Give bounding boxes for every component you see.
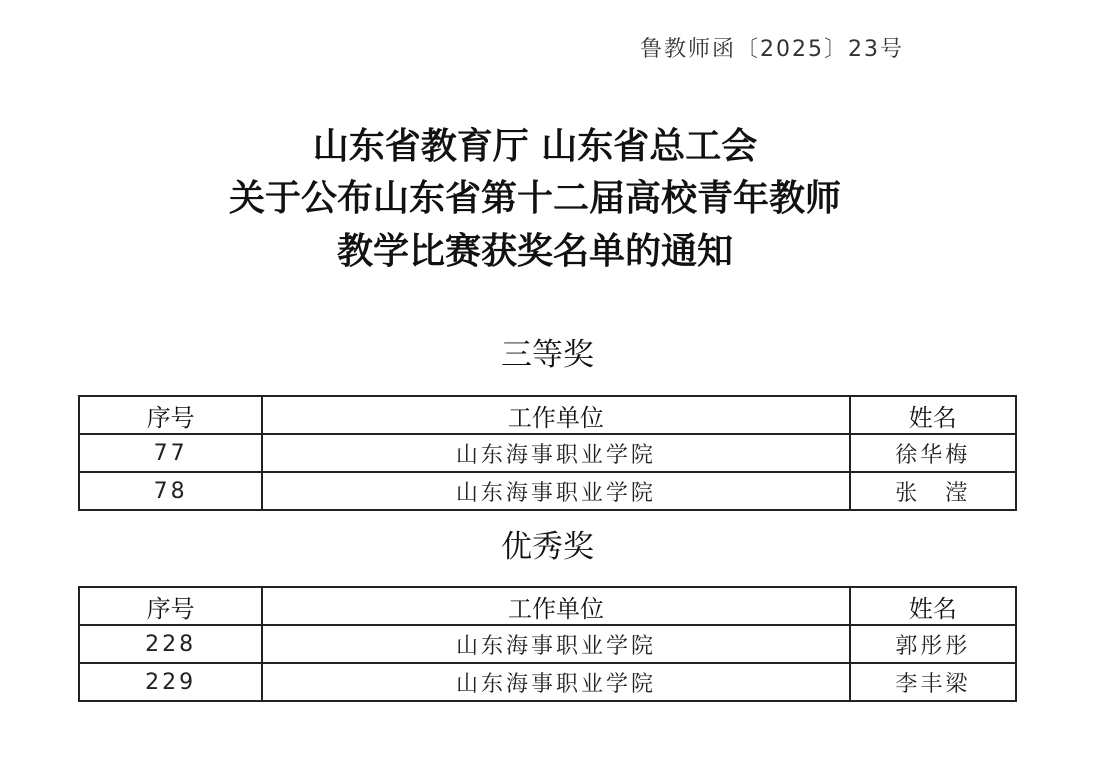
section-heading-excellence-prize: 优秀奖 [0,532,1095,563]
table-header-row: 序号 工作单位 姓名 [79,587,1016,625]
table-row: 78 山东海事职业学院 张 滢 [79,472,1016,510]
table-row: 229 山东海事职业学院 李丰梁 [79,663,1016,701]
cell-unit: 山东海事职业学院 [262,434,849,472]
cell-unit: 山东海事职业学院 [262,625,849,663]
cell-unit: 山东海事职业学院 [262,472,849,510]
table-row: 228 山东海事职业学院 郭彤彤 [79,625,1016,663]
column-header-number: 序号 [79,396,262,434]
column-header-unit: 工作单位 [262,587,849,625]
title-line-1: 山东省教育厅 山东省总工会 [0,128,1070,164]
section-heading-third-prize: 三等奖 [0,340,1095,371]
cell-number: 228 [79,625,262,663]
title-line-2: 关于公布山东省第十二届高校青年教师 [0,180,1070,216]
cell-number: 78 [79,472,262,510]
title-line-3: 教学比赛获奖名单的通知 [0,233,1070,269]
cell-number: 229 [79,663,262,701]
cell-name: 张 滢 [850,472,1016,510]
cell-number: 77 [79,434,262,472]
cell-name: 李丰梁 [850,663,1016,701]
table-header-row: 序号 工作单位 姓名 [79,396,1016,434]
excellence-prize-table: 序号 工作单位 姓名 228 山东海事职业学院 郭彤彤 229 山东海事职业学院… [78,586,1017,702]
column-header-name: 姓名 [850,587,1016,625]
column-header-name: 姓名 [850,396,1016,434]
document-number: 鲁教师函〔2025〕23号 [640,32,904,63]
table-row: 77 山东海事职业学院 徐华梅 [79,434,1016,472]
cell-unit: 山东海事职业学院 [262,663,849,701]
column-header-number: 序号 [79,587,262,625]
column-header-unit: 工作单位 [262,396,849,434]
cell-name: 徐华梅 [850,434,1016,472]
cell-name: 郭彤彤 [850,625,1016,663]
third-prize-table: 序号 工作单位 姓名 77 山东海事职业学院 徐华梅 78 山东海事职业学院 张… [78,395,1017,511]
